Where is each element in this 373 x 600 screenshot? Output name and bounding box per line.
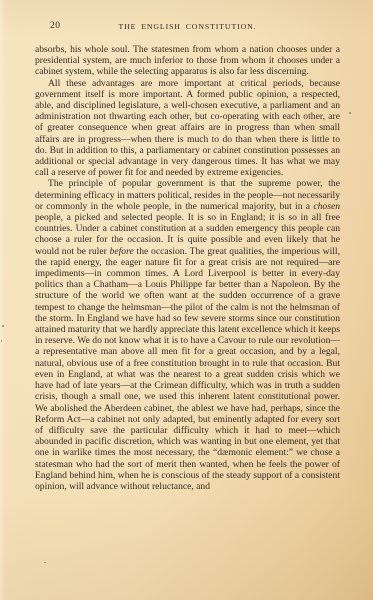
page-header: 20 THE ENGLISH CONSTITUTION. [35,0,340,34]
scan-speck [1,340,2,342]
text-run: absorbs, his whole soul. The statesmen f… [35,44,340,77]
book-page: 20 THE ENGLISH CONSTITUTION. absorbs, hi… [0,0,373,600]
page-body: absorbs, his whole soul. The statesmen f… [35,44,340,492]
paragraph-2: All these advantages are more important … [35,78,340,179]
running-header: THE ENGLISH CONSTITUTION. [35,22,340,31]
text-run: the occasion. The great qualities, the i… [35,246,340,492]
scan-speck [44,562,46,563]
paragraph-1: absorbs, his whole soul. The statesmen f… [35,44,340,78]
text-run: All these advantages are more important … [35,78,340,179]
paragraph-3: The principle of popular government is t… [35,178,340,492]
scan-speck [2,325,4,327]
italic-text-run: chosen [313,201,340,212]
text-run: The principle of popular government is t… [35,178,340,211]
page-number: 20 [50,21,61,31]
scan-speck [349,112,351,114]
italic-text-run: before [110,246,134,257]
